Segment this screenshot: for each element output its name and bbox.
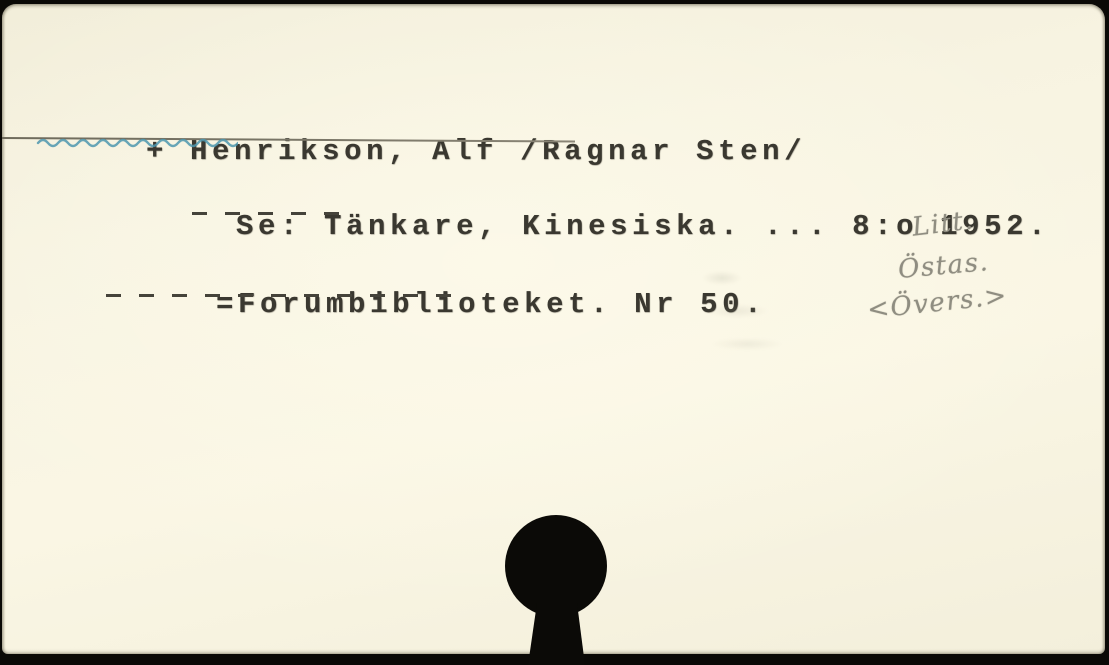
index-card: + Henrikson, Alf /Ragnar Sten/ Se: Tänka… — [2, 4, 1105, 654]
referenced-title: Tänkare — [324, 210, 478, 243]
scanned-catalog-card-image: + Henrikson, Alf /Ragnar Sten/ Se: Tänka… — [0, 0, 1109, 665]
library-dashed-underline — [106, 294, 460, 297]
handwritten-note-overs: <Övers.> — [866, 281, 1009, 326]
library-name: Forumbiblioteket — [238, 288, 590, 321]
wavy-underline-blue — [36, 135, 238, 149]
erased-pencil-marks — [692, 266, 812, 356]
equals-sign: = — [216, 288, 238, 321]
title-dashed-underline — [192, 212, 342, 215]
handwritten-note-ostas: Östas. — [897, 247, 990, 285]
library-line: =Forumbiblioteket. Nr 50. — [84, 255, 766, 354]
